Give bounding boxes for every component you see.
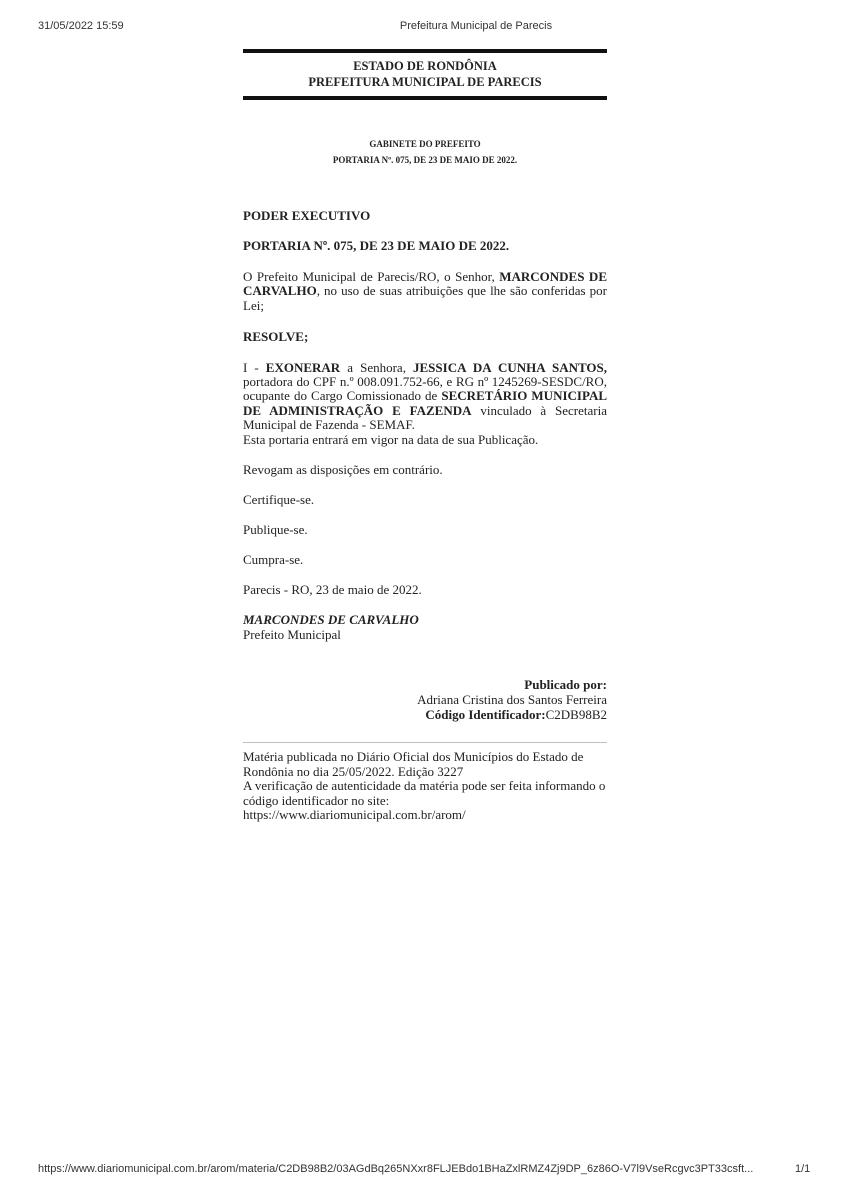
code-label: Código Identificador: (425, 707, 545, 722)
ordinance-title: PORTARIA Nº. 075, DE 23 DE MAIO DE 2022. (243, 238, 607, 254)
footnote-publication: Matéria publicada no Diário Oficial dos … (243, 750, 607, 779)
article-paragraph: I - EXONERAR a Senhora, JESSICA DA CUNHA… (243, 361, 607, 432)
footnote-verification: A verificação de autenticidade da matéri… (243, 779, 607, 808)
print-url: https://www.diariomunicipal.com.br/arom/… (38, 1163, 783, 1175)
resolve-heading: RESOLVE; (243, 329, 607, 345)
publisher-name: Adriana Cristina dos Santos Ferreira (243, 692, 607, 707)
revocation-clause: Revogam as disposições em contrário. (243, 462, 607, 478)
footnote-site-link[interactable]: https://www.diariomunicipal.com.br/arom/ (243, 808, 607, 823)
signature-name: MARCONDES DE CARVALHO (243, 612, 607, 627)
print-footer: https://www.diariomunicipal.com.br/arom/… (0, 1163, 849, 1179)
intro-text: O Prefeito Municipal de Parecis/RO, o Se… (243, 269, 499, 284)
article-verb: EXONERAR (266, 360, 340, 375)
footnote: Matéria publicada no Diário Oficial dos … (243, 750, 607, 823)
masthead: ESTADO DE RONDÔNIA PREFEITURA MUNICIPAL … (243, 49, 607, 100)
published-by-label: Publicado por: (524, 677, 607, 692)
subheader: GABINETE DO PREFEITO PORTARIA Nº. 075, D… (243, 136, 607, 168)
place-date: Parecis - RO, 23 de maio de 2022. (243, 582, 607, 598)
person-name: JESSICA DA CUNHA SANTOS, (413, 360, 607, 375)
effective-clause: Esta portaria entrará em vigor na data d… (243, 432, 607, 448)
publication-info: Publicado por: Adriana Cristina dos Sant… (243, 677, 607, 722)
certify-line: Certifique-se. (243, 492, 607, 508)
article-prefix: I - (243, 360, 266, 375)
signature-role: Prefeito Municipal (243, 627, 607, 642)
publish-line: Publique-se. (243, 522, 607, 538)
article-text: a Senhora, (340, 360, 413, 375)
print-page-title: Prefeitura Municipal de Parecis (0, 20, 849, 32)
print-header: 31/05/2022 15:59 Prefeitura Municipal de… (0, 20, 849, 36)
section-title: PODER EXECUTIVO (243, 208, 607, 224)
page-number: 1/1 (795, 1163, 810, 1175)
masthead-municipality: PREFEITURA MUNICIPAL DE PARECIS (243, 74, 607, 90)
masthead-state: ESTADO DE RONDÔNIA (243, 58, 607, 74)
intro-paragraph: O Prefeito Municipal de Parecis/RO, o Se… (243, 270, 607, 313)
subheader-ordinance: PORTARIA Nº. 075, DE 23 DE MAIO DE 2022. (243, 152, 607, 168)
comply-line: Cumpra-se. (243, 552, 607, 568)
identifier-code: C2DB98B2 (546, 707, 607, 722)
document: ESTADO DE RONDÔNIA PREFEITURA MUNICIPAL … (243, 49, 607, 823)
divider (243, 742, 607, 743)
subheader-office: GABINETE DO PREFEITO (243, 136, 607, 152)
